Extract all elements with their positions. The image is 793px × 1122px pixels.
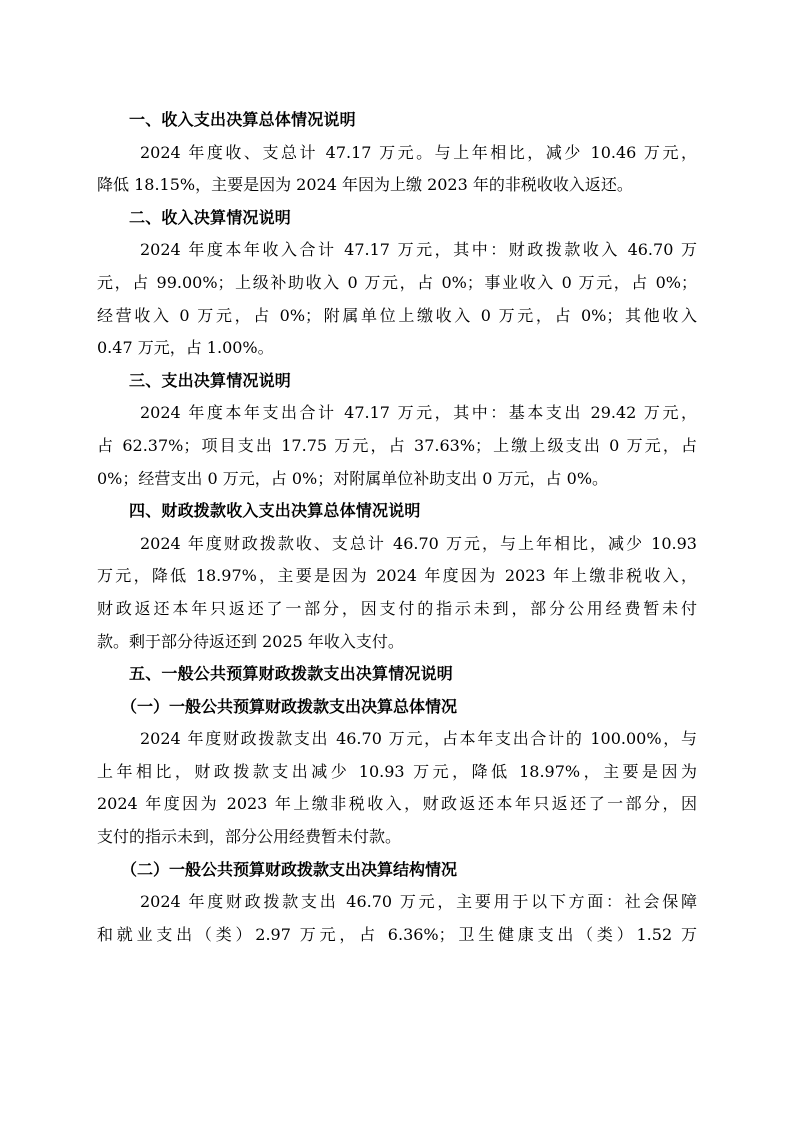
paragraph-line: 0.47 万元，占 1.00%。 [97, 332, 697, 365]
subsection-paragraph-5-1: 2024 年度财政拨款支出 46.70 万元，占本年支出合计的 100.00%，… [97, 723, 697, 853]
subsection-paragraph-5-2: 2024 年度财政拨款支出 46.70 万元，主要用于以下方面：社会保障 和就业… [97, 886, 697, 951]
document-page: 一、收入支出决算总体情况说明 2024 年度收、支总计 47.17 万元。与上年… [97, 104, 697, 951]
section-heading-4: 四、财政拨款收入支出决算总体情况说明 [97, 495, 697, 528]
paragraph-line: 2024 年度本年支出合计 47.17 万元，其中：基本支出 29.42 万元， [97, 397, 697, 430]
section-heading-5: 五、一般公共预算财政拨款支出决算情况说明 [97, 658, 697, 691]
section-heading-1: 一、收入支出决算总体情况说明 [97, 104, 697, 137]
paragraph-line: 财政返还本年只返还了一部分，因支付的指示未到，部分公用经费暂未付 [97, 593, 697, 626]
paragraph-line: 降低 18.15%，主要是因为 2024 年因为上缴 2023 年的非税收收入返… [97, 169, 697, 202]
paragraph-line: 2024 年度本年收入合计 47.17 万元，其中：财政拨款收入 46.70 万 [97, 234, 697, 267]
section-paragraph-1: 2024 年度收、支总计 47.17 万元。与上年相比，减少 10.46 万元，… [97, 137, 697, 202]
paragraph-line: 上年相比，财政拨款支出减少 10.93 万元，降低 18.97%，主要是因为 [97, 756, 697, 789]
paragraph-line: 2024 年度收、支总计 47.17 万元。与上年相比，减少 10.46 万元， [97, 137, 697, 170]
paragraph-line: 0%；经营支出 0 万元，占 0%；对附属单位补助支出 0 万元，占 0%。 [97, 463, 697, 496]
section-paragraph-4: 2024 年度财政拨款收、支总计 46.70 万元，与上年相比，减少 10.93… [97, 528, 697, 658]
paragraph-line: 款。剩于部分待返还到 2025 年收入支付。 [97, 626, 697, 659]
paragraph-line: 2024 年度财政拨款收、支总计 46.70 万元，与上年相比，减少 10.93 [97, 528, 697, 561]
paragraph-line: 和就业支出（类）2.97 万元，占 6.36%；卫生健康支出（类）1.52 万 [97, 919, 697, 952]
paragraph-line: 2024 年度因为 2023 年上缴非税收入，财政返还本年只返还了一部分，因 [97, 788, 697, 821]
paragraph-line: 支付的指示未到，部分公用经费暂未付款。 [97, 821, 697, 854]
subsection-heading-5-2: （二）一般公共预算财政拨款支出决算结构情况 [97, 854, 697, 887]
section-heading-3: 三、支出决算情况说明 [97, 365, 697, 398]
section-heading-2: 二、收入决算情况说明 [97, 202, 697, 235]
paragraph-line: 2024 年度财政拨款支出 46.70 万元，主要用于以下方面：社会保障 [97, 886, 697, 919]
paragraph-line: 2024 年度财政拨款支出 46.70 万元，占本年支出合计的 100.00%，… [97, 723, 697, 756]
section-paragraph-2: 2024 年度本年收入合计 47.17 万元，其中：财政拨款收入 46.70 万… [97, 234, 697, 364]
paragraph-line: 万元，降低 18.97%，主要是因为 2024 年度因为 2023 年上缴非税收… [97, 560, 697, 593]
subsection-heading-5-1: （一）一般公共预算财政拨款支出决算总体情况 [97, 691, 697, 724]
paragraph-line: 经营收入 0 万元，占 0%；附属单位上缴收入 0 万元，占 0%；其他收入 [97, 300, 697, 333]
paragraph-line: 占 62.37%；项目支出 17.75 万元，占 37.63%；上缴上级支出 0… [97, 430, 697, 463]
paragraph-line: 元，占 99.00%；上级补助收入 0 万元，占 0%；事业收入 0 万元，占 … [97, 267, 697, 300]
section-paragraph-3: 2024 年度本年支出合计 47.17 万元，其中：基本支出 29.42 万元，… [97, 397, 697, 495]
